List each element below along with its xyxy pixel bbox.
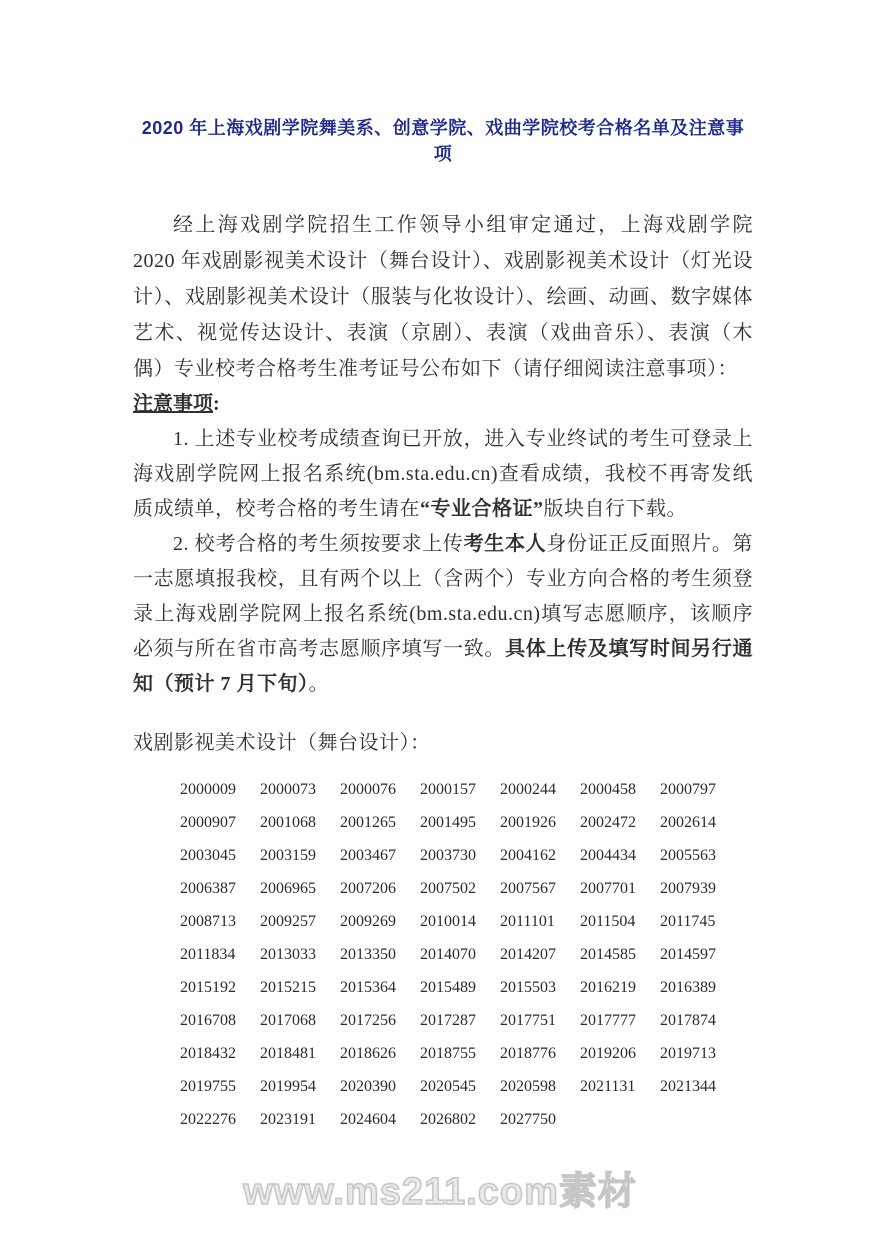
exam-number-cell: 2018626 <box>340 1037 420 1070</box>
exam-number-cell: 2020598 <box>500 1070 580 1103</box>
exam-number-cell: 2017874 <box>660 1004 740 1037</box>
table-row: 20222762023191202460420268022027750 <box>180 1103 740 1136</box>
exam-number-cell: 2019713 <box>660 1037 740 1070</box>
exam-number-cell: 2013350 <box>340 938 420 971</box>
exam-number-cell: 2001495 <box>420 806 500 839</box>
exam-number-cell: 2009269 <box>340 905 420 938</box>
exam-number-cell: 2008713 <box>180 905 260 938</box>
exam-number-cell: 2021344 <box>660 1070 740 1103</box>
exam-number-cell: 2003159 <box>260 839 340 872</box>
exam-number-cell: 2005563 <box>660 839 740 872</box>
exam-number-cell: 2001068 <box>260 806 340 839</box>
exam-number-cell: 2006387 <box>180 872 260 905</box>
exam-number-cell: 2000073 <box>260 773 340 806</box>
exam-number-cell: 2003467 <box>340 839 420 872</box>
note-item-2: 2. 校考合格的考生须按要求上传考生本人身份证正反面照片。第一志愿填报我校，且有… <box>133 527 753 702</box>
exam-number-cell: 2016389 <box>660 971 740 1004</box>
exam-number-cell: 2014585 <box>580 938 660 971</box>
table-row: 2019755201995420203902020545202059820211… <box>180 1070 740 1103</box>
notes-heading-colon: : <box>213 393 220 415</box>
exam-number-cell: 2001926 <box>500 806 580 839</box>
exam-number-cell: 2002472 <box>580 806 660 839</box>
table-row: 2011834201303320133502014070201420720145… <box>180 938 740 971</box>
exam-number-cell: 2000009 <box>180 773 260 806</box>
exam-number-cell: 2001265 <box>340 806 420 839</box>
exam-number-cell: 2017068 <box>260 1004 340 1037</box>
watermark-text: www.ms211.com素材 <box>243 1160 637 1215</box>
document-page: 2020 年上海戏剧学院舞美系、创意学院、戏曲学院校考合格名单及注意事项 经上海… <box>133 0 753 1136</box>
table-row: 2006387200696520072062007502200756720077… <box>180 872 740 905</box>
exam-number-cell: 2015503 <box>500 971 580 1004</box>
note1-bold-certificate: “专业合格证” <box>420 498 544 520</box>
table-row: 2018432201848120186262018755201877620192… <box>180 1037 740 1070</box>
exam-number-cell: 2007939 <box>660 872 740 905</box>
exam-number-cell: 2011834 <box>180 938 260 971</box>
exam-number-cell: 2026802 <box>420 1103 500 1136</box>
note1-text-end: 版块自行下载。 <box>544 498 688 520</box>
exam-number-cell: 2017287 <box>420 1004 500 1037</box>
exam-number-cell: 2018481 <box>260 1037 340 1070</box>
exam-number-cell: 2007502 <box>420 872 500 905</box>
table-row: 2008713200925720092692010014201110120115… <box>180 905 740 938</box>
exam-number-cell: 2015489 <box>420 971 500 1004</box>
exam-number-cell: 2003730 <box>420 839 500 872</box>
exam-number-cell: 2014207 <box>500 938 580 971</box>
exam-number-cell: 2015364 <box>340 971 420 1004</box>
exam-number-cell: 2000157 <box>420 773 500 806</box>
exam-number-cell: 2017777 <box>580 1004 660 1037</box>
exam-number-cell: 2023191 <box>260 1103 340 1136</box>
exam-number-cell: 2017256 <box>340 1004 420 1037</box>
exam-number-cell: 2011745 <box>660 905 740 938</box>
exam-number-cell <box>580 1103 660 1136</box>
table-row: 2003045200315920034672003730200416220044… <box>180 839 740 872</box>
table-row: 2015192201521520153642015489201550320162… <box>180 971 740 1004</box>
exam-number-cell: 2014597 <box>660 938 740 971</box>
pass-list-body: 2000009200007320000762000157200024420004… <box>180 773 740 1136</box>
pass-list-table: 2000009200007320000762000157200024420004… <box>180 773 740 1136</box>
exam-number-cell: 2017751 <box>500 1004 580 1037</box>
exam-number-cell: 2015215 <box>260 971 340 1004</box>
table-row: 2000907200106820012652001495200192620024… <box>180 806 740 839</box>
exam-number-cell: 2020390 <box>340 1070 420 1103</box>
exam-number-cell: 2018755 <box>420 1037 500 1070</box>
exam-number-cell: 2011504 <box>580 905 660 938</box>
table-row: 2000009200007320000762000157200024420004… <box>180 773 740 806</box>
exam-number-cell: 2019954 <box>260 1070 340 1103</box>
note2-text: 2. 校考合格的考生须按要求上传 <box>173 533 464 555</box>
exam-number-cell: 2015192 <box>180 971 260 1004</box>
note2-bold-candidate: 考生本人 <box>464 533 547 555</box>
notes-heading-text: 注意事项 <box>133 393 213 415</box>
exam-number-cell: 2007567 <box>500 872 580 905</box>
exam-number-cell: 2010014 <box>420 905 500 938</box>
exam-number-cell: 2006965 <box>260 872 340 905</box>
exam-number-cell: 2022276 <box>180 1103 260 1136</box>
exam-number-cell: 2007701 <box>580 872 660 905</box>
exam-number-cell: 2004162 <box>500 839 580 872</box>
exam-number-cell: 2000244 <box>500 773 580 806</box>
exam-number-cell: 2016219 <box>580 971 660 1004</box>
document-title: 2020 年上海戏剧学院舞美系、创意学院、戏曲学院校考合格名单及注意事项 <box>133 115 753 167</box>
table-row: 2016708201706820172562017287201775120177… <box>180 1004 740 1037</box>
exam-number-cell: 2011101 <box>500 905 580 938</box>
exam-number-cell: 2003045 <box>180 839 260 872</box>
exam-number-cell: 2004434 <box>580 839 660 872</box>
intro-paragraph: 经上海戏剧学院招生工作领导小组审定通过，上海戏剧学院 2020 年戏剧影视美术设… <box>133 207 753 387</box>
exam-number-cell: 2013033 <box>260 938 340 971</box>
exam-number-cell: 2020545 <box>420 1070 500 1103</box>
exam-number-cell: 2027750 <box>500 1103 580 1136</box>
exam-number-cell: 2000907 <box>180 806 260 839</box>
exam-number-cell: 2007206 <box>340 872 420 905</box>
exam-number-cell: 2000458 <box>580 773 660 806</box>
list-section-heading: 戏剧影视美术设计（舞台设计）： <box>133 728 753 758</box>
exam-number-cell: 2019206 <box>580 1037 660 1070</box>
exam-number-cell: 2018432 <box>180 1037 260 1070</box>
exam-number-cell: 2021131 <box>580 1070 660 1103</box>
exam-number-cell: 2000076 <box>340 773 420 806</box>
note2-text-end: 。 <box>309 673 330 695</box>
exam-number-cell: 2016708 <box>180 1004 260 1037</box>
note-item-1: 1. 上述专业校考成绩查询已开放，进入专业终试的考生可登录上海戏剧学院网上报名系… <box>133 422 753 527</box>
exam-number-cell: 2002614 <box>660 806 740 839</box>
exam-number-cell: 2009257 <box>260 905 340 938</box>
exam-number-cell <box>660 1103 740 1136</box>
exam-number-cell: 2018776 <box>500 1037 580 1070</box>
exam-number-cell: 2019755 <box>180 1070 260 1103</box>
exam-number-cell: 2024604 <box>340 1103 420 1136</box>
exam-number-cell: 2000797 <box>660 773 740 806</box>
exam-number-cell: 2014070 <box>420 938 500 971</box>
notes-heading: 注意事项: <box>133 387 753 422</box>
